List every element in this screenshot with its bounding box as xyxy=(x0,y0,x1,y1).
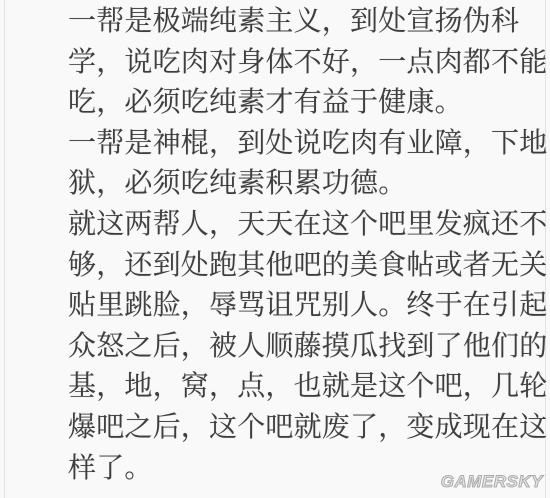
text-line: 够，还到处跑其他吧的美食帖或者无关 xyxy=(68,245,543,286)
left-edge-line xyxy=(4,0,5,498)
text-line: 爆吧之后，这个吧就废了，变成现在这 xyxy=(68,407,543,448)
text-line: 基，地，窝，点，也就是这个吧，几轮 xyxy=(68,366,543,407)
post-text-block: 一帮是极端纯素主义，到处宣扬伪科 学，说吃肉对身体不好，一点肉都不能 吃，必须吃… xyxy=(68,1,543,488)
text-line: 狱，必须吃纯素积累功德。 xyxy=(68,163,543,204)
text-line: 学，说吃肉对身体不好，一点肉都不能 xyxy=(68,42,543,83)
text-screenshot-page: 一帮是极端纯素主义，到处宣扬伪科 学，说吃肉对身体不好，一点肉都不能 吃，必须吃… xyxy=(0,0,550,498)
text-line: 一帮是神棍，到处说吃肉有业障，下地 xyxy=(68,123,543,164)
gamersky-watermark: GAMERSKY xyxy=(441,473,543,491)
text-line: 一帮是极端纯素主义，到处宣扬伪科 xyxy=(68,1,543,42)
text-line: 贴里跳脸，辱骂诅咒别人。终于在引起 xyxy=(68,285,543,326)
text-line: 吃，必须吃纯素才有益于健康。 xyxy=(68,82,543,123)
text-line: 就这两帮人，天天在这个吧里发疯还不 xyxy=(68,204,543,245)
text-line: 众怒之后，被人顺藤摸瓜找到了他们的 xyxy=(68,326,543,367)
